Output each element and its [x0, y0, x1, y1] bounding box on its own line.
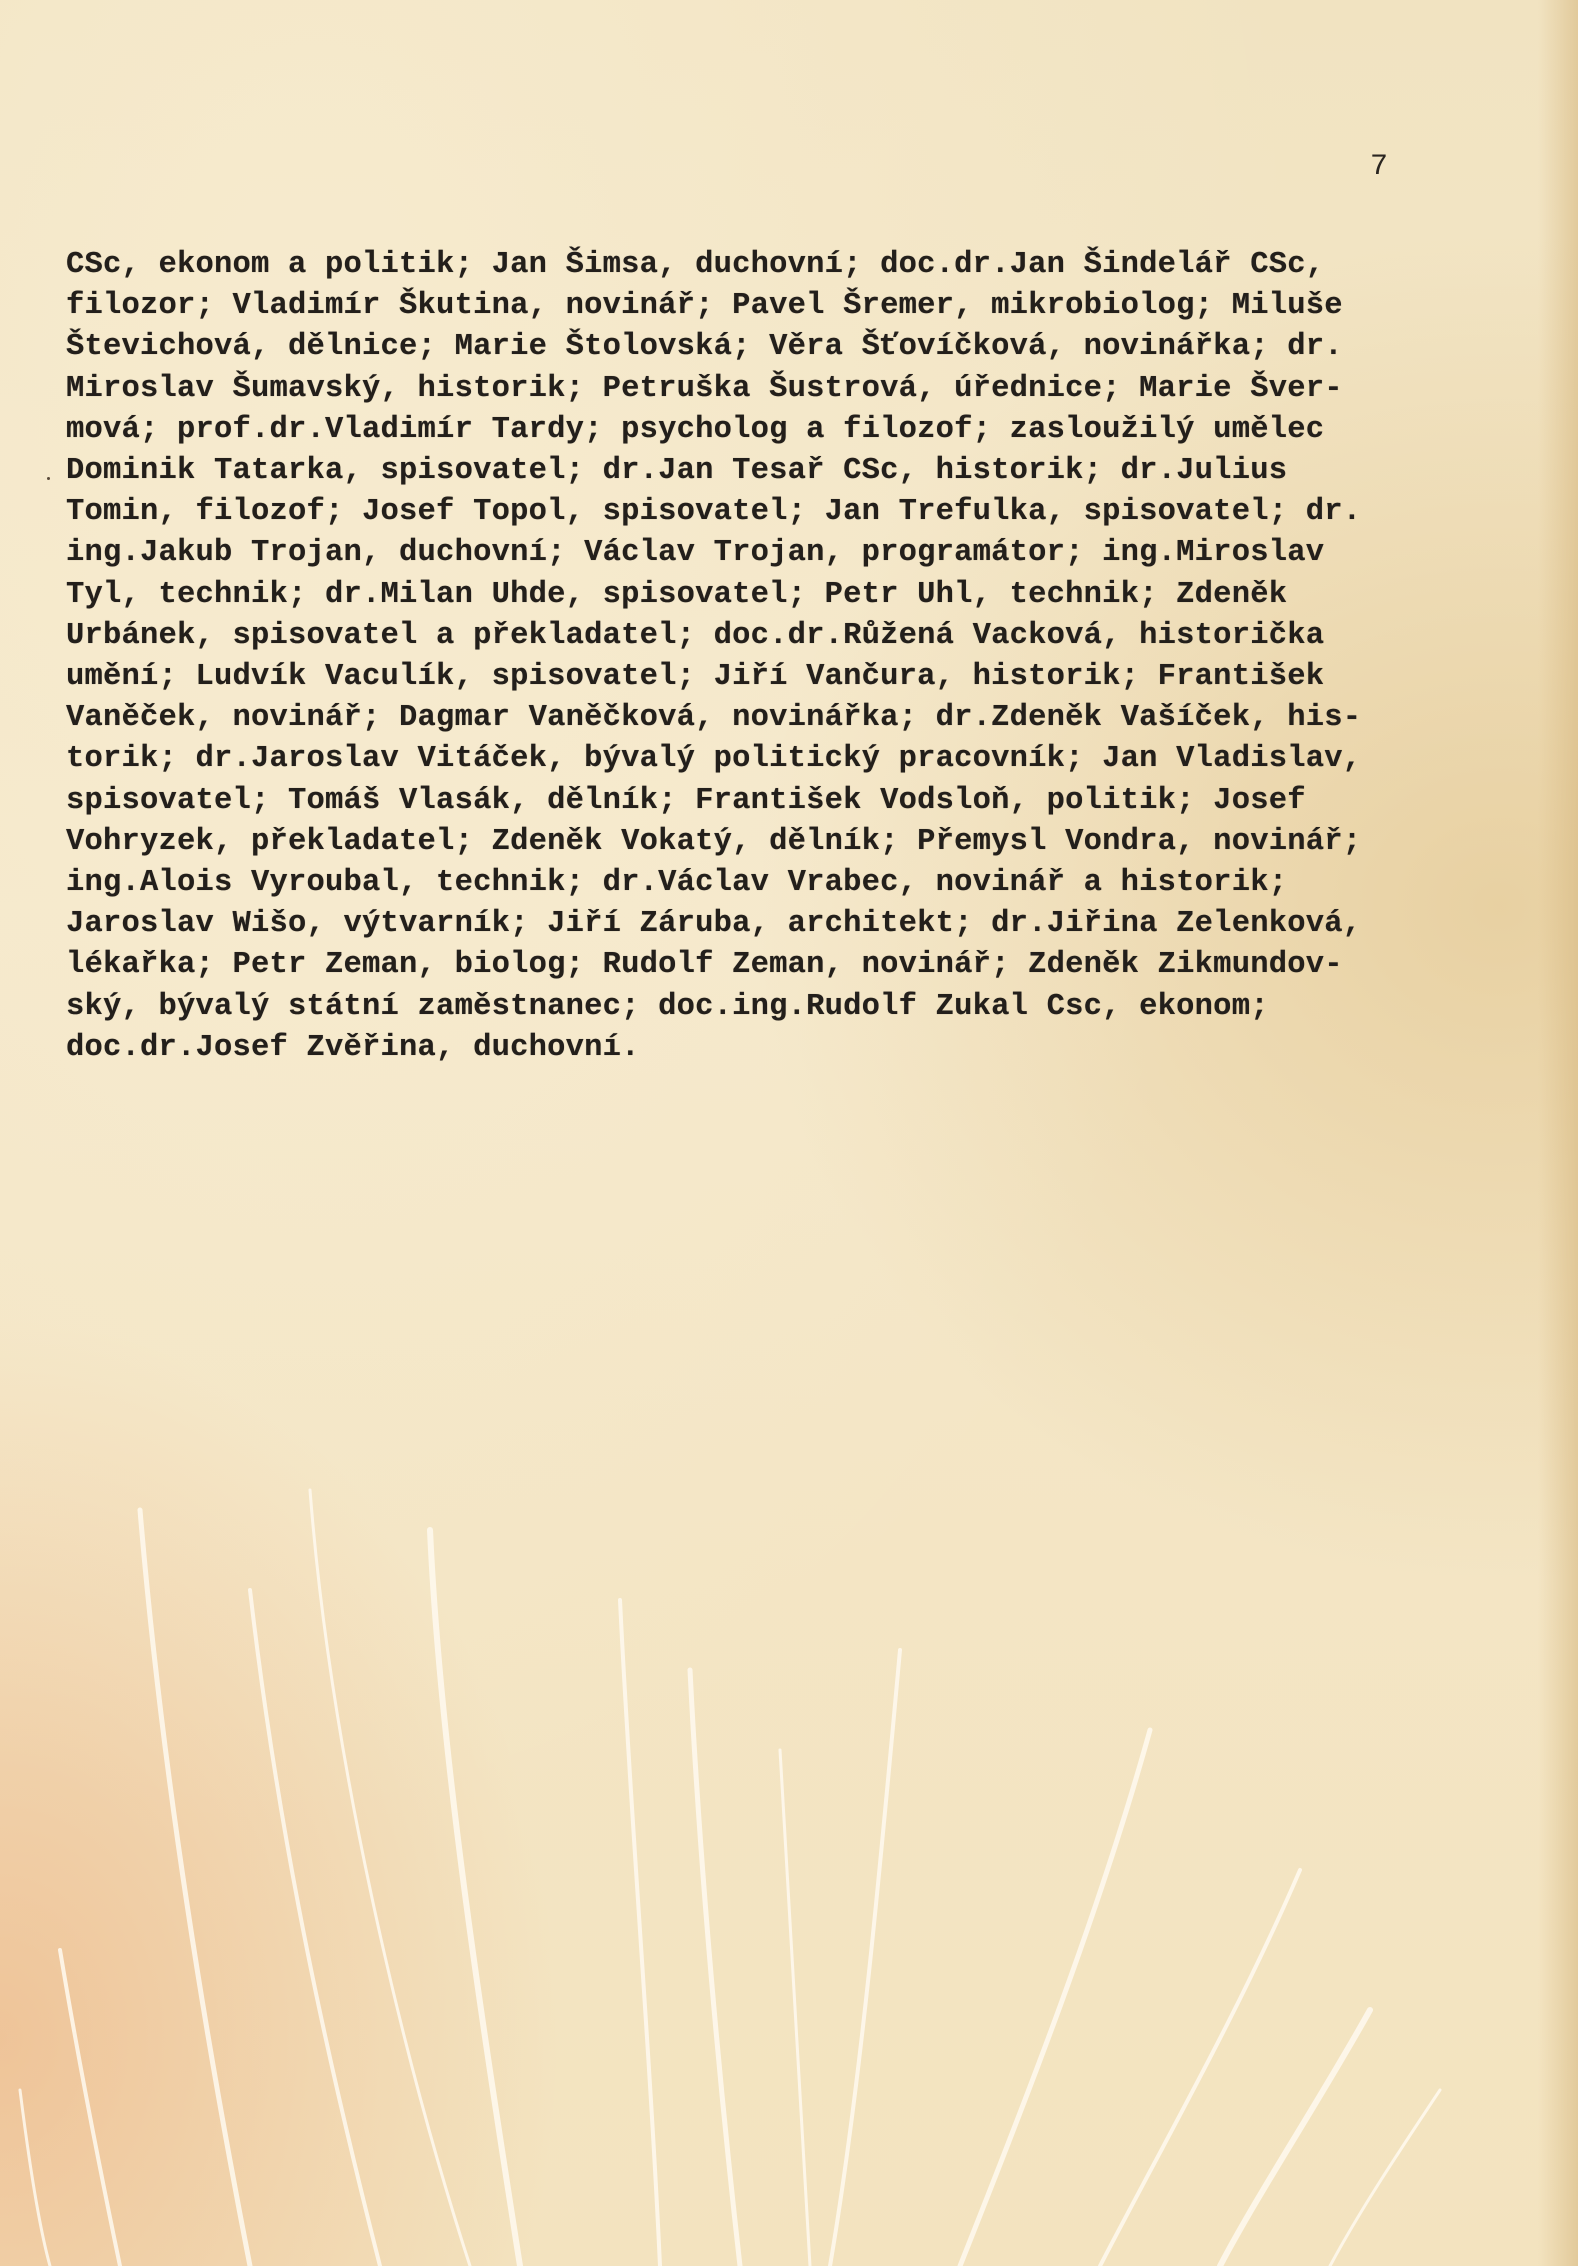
text-line: ing.Jakub Trojan, duchovní; Václav Troja…	[66, 533, 1546, 574]
text-line: CSc, ekonom a politik; Jan Šimsa, duchov…	[66, 245, 1546, 286]
page-number: 7	[1370, 150, 1388, 184]
text-line: doc.dr.Josef Zvěřina, duchovní.	[66, 1028, 1546, 1069]
text-line: ing.Alois Vyroubal, technik; dr.Václav V…	[66, 863, 1546, 904]
typed-signatory-list: CSc, ekonom a politik; Jan Šimsa, duchov…	[66, 245, 1546, 1069]
text-line: Urbánek, spisovatel a překladatel; doc.d…	[66, 616, 1546, 657]
text-line: Jaroslav Wišo, výtvarník; Jiří Záruba, a…	[66, 904, 1546, 945]
text-line: Števichová, dělnice; Marie Štolovská; Vě…	[66, 327, 1546, 368]
margin-mark	[47, 477, 50, 480]
text-line: lékařka; Petr Zeman, biolog; Rudolf Zema…	[66, 945, 1546, 986]
text-line: spisovatel; Tomáš Vlasák, dělník; Franti…	[66, 781, 1546, 822]
text-line: filozor; Vladimír Škutina, novinář; Pave…	[66, 286, 1546, 327]
text-line: umění; Ludvík Vaculík, spisovatel; Jiří …	[66, 657, 1546, 698]
text-line: Vohryzek, překladatel; Zdeněk Vokatý, dě…	[66, 822, 1546, 863]
text-line: ský, bývalý státní zaměstnanec; doc.ing.…	[66, 987, 1546, 1028]
text-line: Tomin, filozof; Josef Topol, spisovatel;…	[66, 492, 1546, 533]
text-line: Tyl, technik; dr.Milan Uhde, spisovatel;…	[66, 575, 1546, 616]
document-page: 7 CSc, ekonom a politik; Jan Šimsa, duch…	[0, 0, 1578, 2266]
text-line: Miroslav Šumavský, historik; Petruška Šu…	[66, 369, 1546, 410]
text-line: Dominik Tatarka, spisovatel; dr.Jan Tesa…	[66, 451, 1546, 492]
text-line: mová; prof.dr.Vladimír Tardy; psycholog …	[66, 410, 1546, 451]
text-line: Vaněček, novinář; Dagmar Vaněčková, novi…	[66, 698, 1546, 739]
text-line: torik; dr.Jaroslav Vitáček, bývalý polit…	[66, 739, 1546, 780]
plastic-sleeve-folds	[0, 1450, 1578, 2266]
